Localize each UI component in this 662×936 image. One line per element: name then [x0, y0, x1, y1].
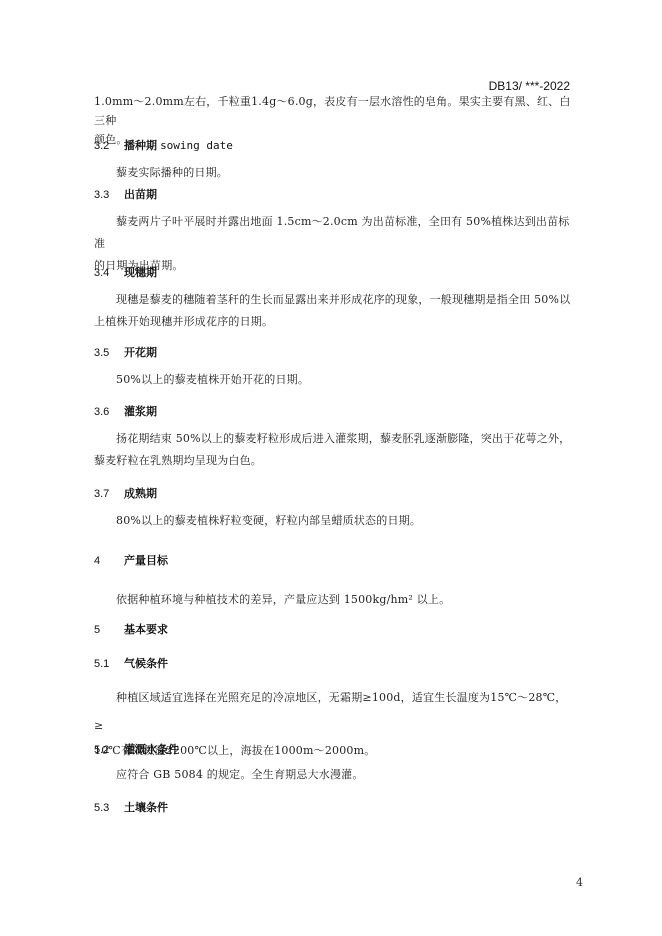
section-body-line: 现穗是藜麦的穗随着茎秆的生长而显露出来并形成花序的现象，一般现穗期是指全田 50…	[94, 289, 574, 311]
chapter-heading: 4产量目标	[94, 553, 574, 569]
section-body-line: 扬花期结束 50%以上的藜麦籽粒形成后进入灌浆期，藜麦胚乳逐渐膨隆，突出于花萼之…	[94, 428, 574, 450]
section-title: 基本要求	[124, 624, 168, 636]
paragraph-line: 1.0mm～2.0mm左右，千粒重1.4g～6.0g，表皮有一层水溶性的皂角。果…	[94, 92, 574, 130]
section-3-7: 3.7成熟期 80%以上的藜麦植株籽粒变硬，籽粒内部呈蜡质状态的日期。	[94, 486, 574, 532]
section-body: 应符合 GB 5084 的规定。全生育期忌大水漫灌。	[94, 764, 574, 786]
section-title: 灌溉水条件	[124, 744, 179, 756]
section-body: 50%以上的藜麦植株开始开花的日期。	[94, 369, 574, 391]
section-title-en: sowing date	[160, 139, 233, 152]
section-title: 成熟期	[124, 488, 157, 500]
section-number: 3.6	[94, 404, 124, 420]
section-number: 3.3	[94, 187, 124, 203]
section-body: 藜麦实际播种的日期。	[94, 162, 574, 184]
section-body-line: 藜麦两片子叶平展时并露出地面 1.5cm～2.0cm 为出苗标准，全田有 50%…	[94, 211, 574, 255]
section-body: 依据种植环境与种植技术的差异，产量应达到 1500kg/hm² 以上。	[94, 589, 574, 611]
section-number: 5.2	[94, 742, 124, 758]
section-number: 3.4	[94, 265, 124, 281]
section-heading: 3.6灌浆期	[94, 404, 574, 420]
document-code: DB13/ ***-2022	[489, 79, 570, 93]
section-3-2: 3.2播种期 sowing date 藜麦实际播种的日期。	[94, 138, 574, 184]
section-title: 开花期	[124, 347, 157, 359]
section-heading: 3.3出苗期	[94, 187, 574, 203]
section-body-line: 藜麦籽粒在乳熟期均呈现为白色。	[94, 450, 574, 472]
section-body-line: 种植区域适宜选择在光照充足的冷凉地区，无霜期≥100d，适宜生长温度为15℃～2…	[94, 684, 574, 740]
section-number: 5	[94, 622, 124, 638]
section-heading: 3.4现穗期	[94, 265, 574, 281]
section-title: 出苗期	[124, 189, 157, 201]
section-title: 灌浆期	[124, 406, 157, 418]
section-number: 5.3	[94, 800, 124, 816]
section-5-2: 5.2灌溉水条件 应符合 GB 5084 的规定。全生育期忌大水漫灌。	[94, 742, 574, 786]
section-heading: 5.3土壤条件	[94, 800, 574, 816]
section-title: 土壤条件	[124, 802, 168, 814]
section-number: 3.7	[94, 486, 124, 502]
section-heading: 3.7成熟期	[94, 486, 574, 502]
section-heading: 5.2灌溉水条件	[94, 742, 574, 758]
page-number: 4	[576, 876, 583, 889]
section-number: 4	[94, 553, 124, 569]
section-heading: 3.2播种期 sowing date	[94, 138, 574, 154]
section-title: 气候条件	[124, 658, 168, 670]
document-page: DB13/ ***-2022 1.0mm～2.0mm左右，千粒重1.4g～6.0…	[0, 0, 662, 936]
section-title: 现穗期	[124, 267, 157, 279]
section-number: 3.2	[94, 138, 124, 154]
section-heading: 3.5开花期	[94, 345, 574, 361]
section-3-6: 3.6灌浆期 扬花期结束 50%以上的藜麦籽粒形成后进入灌浆期，藜麦胚乳逐渐膨隆…	[94, 404, 574, 472]
section-title: 产量目标	[124, 555, 168, 567]
section-number: 5.1	[94, 656, 124, 672]
section-heading: 5.1气候条件	[94, 656, 574, 672]
section-3-3: 3.3出苗期 藜麦两片子叶平展时并露出地面 1.5cm～2.0cm 为出苗标准，…	[94, 187, 574, 277]
section-body: 80%以上的藜麦植株籽粒变硬，籽粒内部呈蜡质状态的日期。	[94, 510, 574, 532]
section-5: 5基本要求	[94, 622, 574, 638]
section-5-3: 5.3土壤条件	[94, 800, 574, 816]
section-title: 播种期	[124, 140, 157, 152]
chapter-heading: 5基本要求	[94, 622, 574, 638]
section-3-5: 3.5开花期 50%以上的藜麦植株开始开花的日期。	[94, 345, 574, 391]
section-4: 4产量目标 依据种植环境与种植技术的差异，产量应达到 1500kg/hm² 以上…	[94, 553, 574, 611]
section-number: 3.5	[94, 345, 124, 361]
section-3-4: 3.4现穗期 现穗是藜麦的穗随着茎秆的生长而显露出来并形成花序的现象，一般现穗期…	[94, 265, 574, 333]
section-body-line: 上植株开始现穗并形成花序的日期。	[94, 311, 574, 333]
